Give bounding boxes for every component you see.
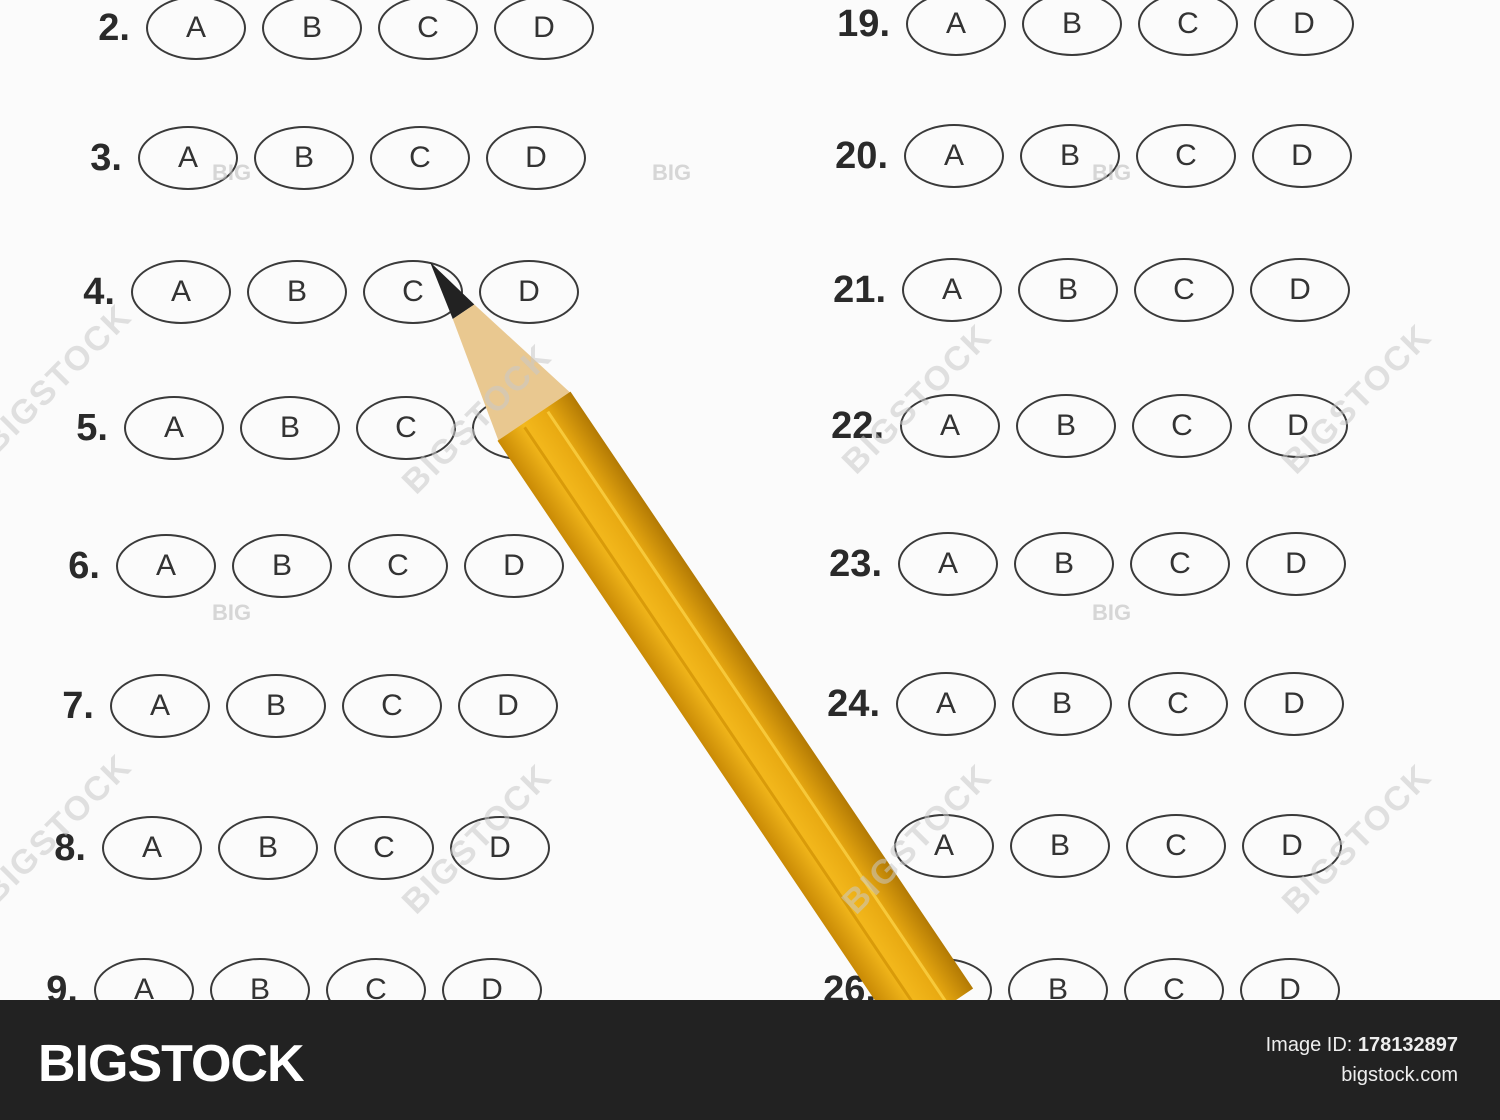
image-id: 178132897 (1358, 1034, 1458, 1056)
bigstock-logo: BIGSTOCK (38, 1034, 304, 1094)
pencil-illustration (0, 0, 1500, 1000)
image-id-label: Image ID: (1266, 1034, 1353, 1056)
answer-sheet-photo: 2.ABCD3.ABCD4.ABCD5.ABCD6.ABCD7.ABCD8.AB… (0, 0, 1500, 1000)
image-meta: Image ID: 178132897 bigstock.com (1266, 1030, 1458, 1090)
site-link[interactable]: bigstock.com (1266, 1060, 1458, 1090)
footer-bar: BIGSTOCK Image ID: 178132897 bigstock.co… (0, 1000, 1500, 1120)
